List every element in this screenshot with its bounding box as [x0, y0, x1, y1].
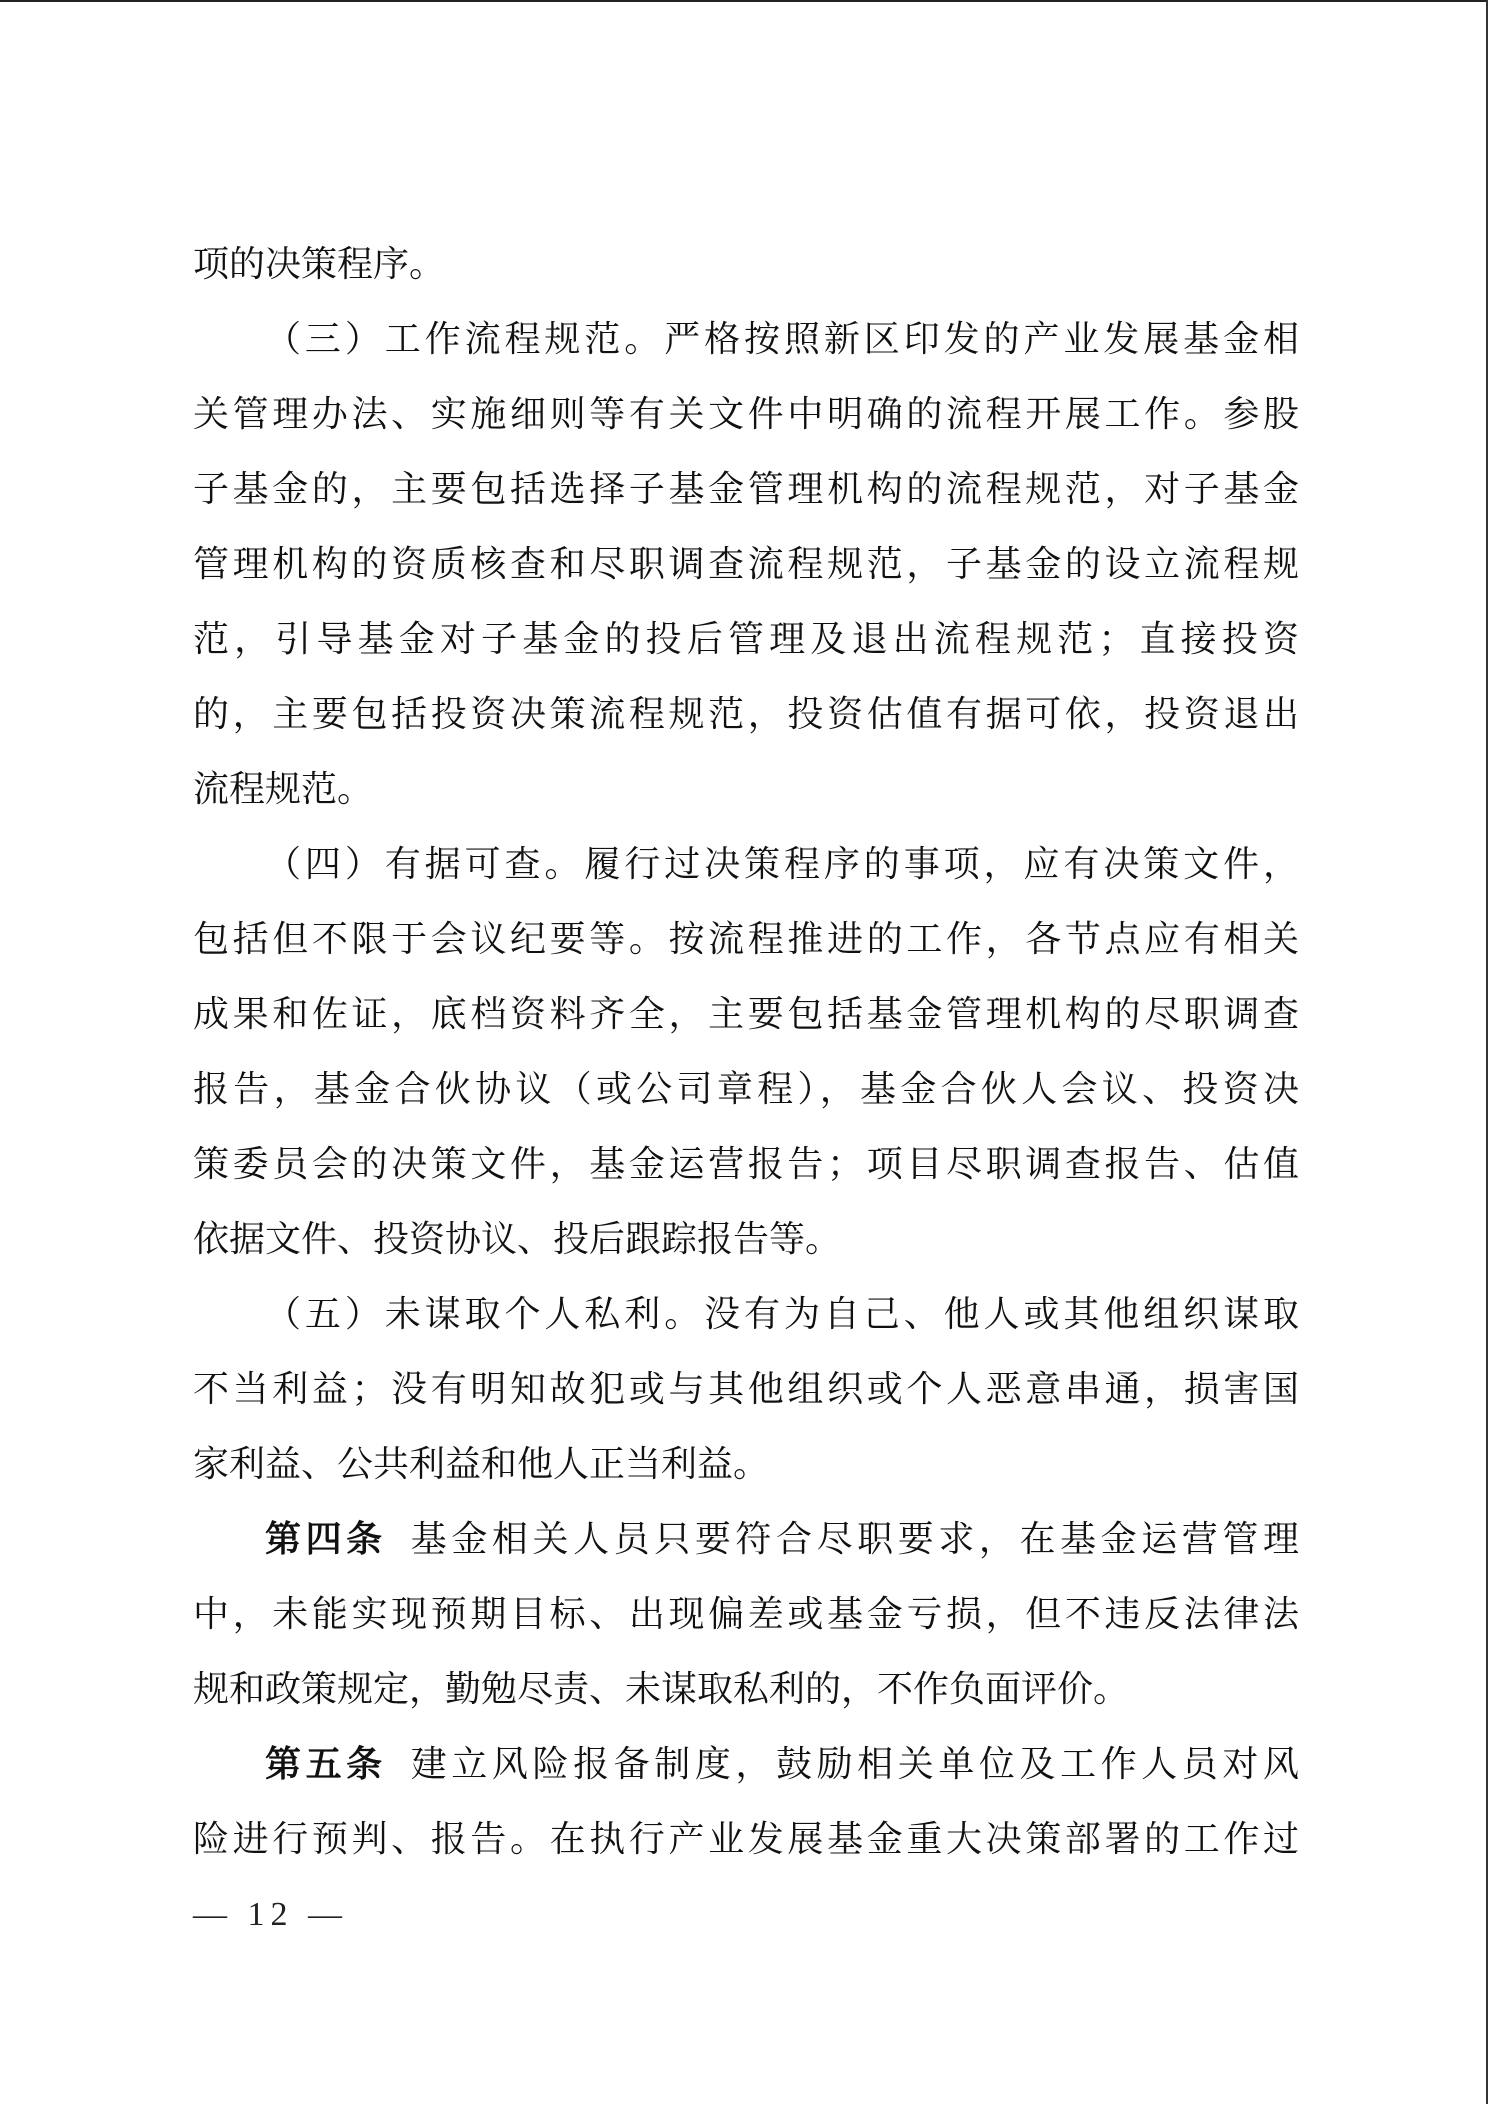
page-border-top	[0, 0, 1488, 2]
document-body: 项的决策程序。 （三）工作流程规范。严格按照新区印发的产业发展基金相 关管理办法…	[193, 240, 1299, 1890]
text-line: 项的决策程序。	[193, 240, 1299, 315]
text-line: 流程规范。	[193, 765, 1299, 840]
article-four-line-2: 中，未能实现预期目标、出现偏差或基金亏损，但不违反法律法	[193, 1590, 1299, 1665]
text-line: 范，引导基金对子基金的投后管理及退出流程规范；直接投资	[193, 615, 1299, 690]
text-line: 家利益、公共利益和他人正当利益。	[193, 1440, 1299, 1515]
text-line: 依据文件、投资协议、投后跟踪报告等。	[193, 1215, 1299, 1290]
text-line: 成果和佐证，底档资料齐全，主要包括基金管理机构的尽职调查	[193, 990, 1299, 1065]
text-line: 管理机构的资质核查和尽职调查流程规范，子基金的设立流程规	[193, 540, 1299, 615]
article-five-text: 建立风险报备制度，鼓励相关单位及工作人员对风	[411, 1744, 1299, 1785]
section-four-heading-line: （四）有据可查。履行过决策程序的事项，应有决策文件，	[193, 840, 1299, 915]
article-five-line-1: 第五条建立风险报备制度，鼓励相关单位及工作人员对风	[193, 1740, 1299, 1815]
section-five-heading-line: （五）未谋取个人私利。没有为自己、他人或其他组织谋取	[193, 1290, 1299, 1365]
text-line: 包括但不限于会议纪要等。按流程推进的工作，各节点应有相关	[193, 915, 1299, 990]
section-three-heading-line: （三）工作流程规范。严格按照新区印发的产业发展基金相	[193, 315, 1299, 390]
article-five-line-2: 险进行预判、报告。在执行产业发展基金重大决策部署的工作过	[193, 1815, 1299, 1890]
text-line: 不当利益；没有明知故犯或与其他组织或个人恶意串通，损害国	[193, 1365, 1299, 1440]
text-line: 子基金的，主要包括选择子基金管理机构的流程规范，对子基金	[193, 465, 1299, 540]
text-line: 的，主要包括投资决策流程规范，投资估值有据可依，投资退出	[193, 690, 1299, 765]
text-line: 策委员会的决策文件，基金运营报告；项目尽职调查报告、估值	[193, 1140, 1299, 1215]
article-four-line-1: 第四条基金相关人员只要符合尽职要求，在基金运营管理	[193, 1515, 1299, 1590]
text-line: 报告，基金合伙协议（或公司章程），基金合伙人会议、投资决	[193, 1065, 1299, 1140]
article-four-heading: 第四条	[265, 1519, 387, 1560]
article-five-heading: 第五条	[265, 1744, 387, 1785]
page-number: — 12 —	[193, 1890, 348, 1940]
article-four-text: 基金相关人员只要符合尽职要求，在基金运营管理	[411, 1519, 1299, 1560]
article-four-line-3: 规和政策规定，勤勉尽责、未谋取私利的，不作负面评价。	[193, 1665, 1299, 1740]
text-line: 关管理办法、实施细则等有关文件中明确的流程开展工作。参股	[193, 390, 1299, 465]
